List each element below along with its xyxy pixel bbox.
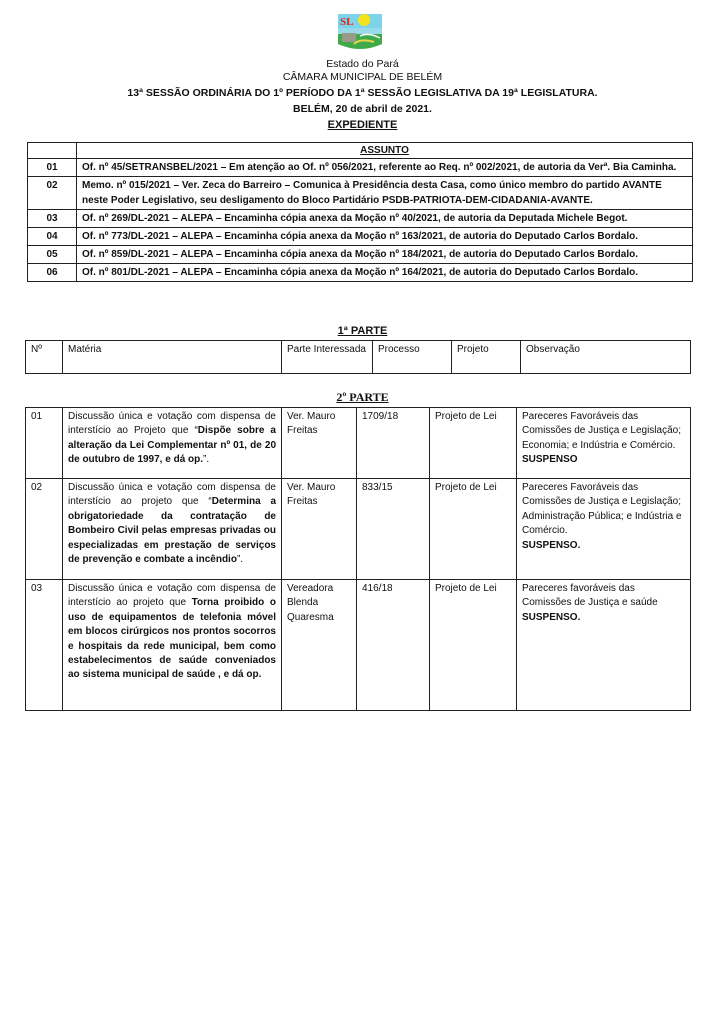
row-processo: 833/15 (357, 479, 430, 580)
row-subject: Of. nº 269/DL-2021 – ALEPA – Encaminha c… (77, 210, 693, 228)
table-row: 04 Of. nº 773/DL-2021 – ALEPA – Encaminh… (28, 228, 693, 246)
table-header-row: ASSUNTO (28, 143, 693, 159)
table-row: 01 Of. nº 45/SETRANSBEL/2021 – Em atençã… (28, 159, 693, 177)
materia-subject: Torna proibido o uso de equipamentos de … (68, 597, 276, 680)
row-number: 04 (28, 228, 77, 246)
row-subject: Of. nº 859/DL-2021 – ALEPA – Encaminha c… (77, 246, 693, 264)
row-subject: Of. nº 45/SETRANSBEL/2021 – Em atenção a… (77, 159, 693, 177)
header-numero: Nº (26, 341, 63, 374)
observacao-text: Pareceres favoráveis das Comissões de Ju… (522, 583, 658, 608)
table-row: 02 Discussão única e votação com dispens… (26, 479, 691, 580)
session-date: BELÉM, 20 de abril de 2021. (0, 103, 725, 116)
table-row: 05 Of. nº 859/DL-2021 – ALEPA – Encaminh… (28, 246, 693, 264)
header-processo: Processo (373, 341, 452, 374)
parte2-table: 01 Discussão única e votação com dispens… (25, 407, 691, 711)
number-header (28, 143, 77, 159)
table-header-row: Nº Matéria Parte Interessada Processo Pr… (26, 341, 691, 374)
chamber-name: CÂMARA MUNICIPAL DE BELÉM (0, 71, 725, 84)
row-subject: Of. nº 801/DL-2021 – ALEPA – Encaminha c… (77, 264, 693, 282)
expediente-table: ASSUNTO 01 Of. nº 45/SETRANSBEL/2021 – E… (27, 142, 693, 282)
row-number: 03 (28, 210, 77, 228)
header-materia: Matéria (63, 341, 282, 374)
header-parte-interessada: Parte Interessada (282, 341, 373, 374)
row-observacao: Pareceres favoráveis das Comissões de Ju… (517, 580, 691, 711)
state-name: Estado do Pará (0, 58, 725, 71)
row-subject: Of. nº 773/DL-2021 – ALEPA – Encaminha c… (77, 228, 693, 246)
assunto-header: ASSUNTO (77, 143, 693, 159)
status-badge: SUSPENSO. (522, 539, 685, 553)
row-number: 05 (28, 246, 77, 264)
materia-end: ”. (203, 454, 209, 465)
row-materia: Discussão única e votação com dispensa d… (63, 580, 282, 711)
row-number: 03 (26, 580, 63, 711)
document-page: SL Estado do Pará CÂMARA MUNICIPAL DE BE… (0, 0, 725, 1024)
row-observacao: Pareceres Favoráveis das Comissões de Ju… (517, 408, 691, 479)
row-number: 01 (28, 159, 77, 177)
row-number: 01 (26, 408, 63, 479)
parte2-title: 2º PARTE (0, 390, 725, 405)
expediente-title: EXPEDIENTE (0, 119, 725, 131)
row-projeto: Projeto de Lei (430, 580, 517, 711)
row-parte-interessada: Ver. Mauro Freitas (282, 408, 357, 479)
header-observacao: Observação (521, 341, 691, 374)
observacao-text: Pareceres Favoráveis das Comissões de Ju… (522, 482, 682, 536)
row-number: 02 (28, 177, 77, 210)
row-projeto: Projeto de Lei (430, 479, 517, 580)
observacao-text: Pareceres Favoráveis das Comissões de Ju… (522, 411, 681, 451)
row-projeto: Projeto de Lei (430, 408, 517, 479)
row-materia: Discussão única e votação com dispensa d… (63, 408, 282, 479)
status-badge: SUSPENSO. (522, 611, 685, 625)
row-processo: 1709/18 (357, 408, 430, 479)
table-row: 01 Discussão única e votação com dispens… (26, 408, 691, 479)
svg-text:SL: SL (340, 16, 353, 28)
row-number: 02 (26, 479, 63, 580)
parte1-table: Nº Matéria Parte Interessada Processo Pr… (25, 340, 691, 374)
table-row: 03 Of. nº 269/DL-2021 – ALEPA – Encaminh… (28, 210, 693, 228)
table-row: 02 Memo. nº 015/2021 – Ver. Zeca do Barr… (28, 177, 693, 210)
status-badge: SUSPENSO (522, 453, 685, 467)
row-number: 06 (28, 264, 77, 282)
row-parte-interessada: Ver. Mauro Freitas (282, 479, 357, 580)
belem-coat-of-arms-icon: SL (334, 12, 386, 52)
header-projeto: Projeto (452, 341, 521, 374)
row-parte-interessada: Vereadora Blenda Quaresma (282, 580, 357, 711)
session-title: 13ª SESSÃO ORDINÁRIA DO 1º PERÍODO DA 1ª… (0, 87, 725, 100)
parte1-title: 1ª PARTE (0, 325, 725, 337)
row-subject: Memo. nº 015/2021 – Ver. Zeca do Barreir… (77, 177, 693, 210)
materia-end: ”. (237, 554, 243, 565)
table-row: 06 Of. nº 801/DL-2021 – ALEPA – Encaminh… (28, 264, 693, 282)
row-materia: Discussão única e votação com dispensa d… (63, 479, 282, 580)
row-processo: 416/18 (357, 580, 430, 711)
table-row: 03 Discussão única e votação com dispens… (26, 580, 691, 711)
row-observacao: Pareceres Favoráveis das Comissões de Ju… (517, 479, 691, 580)
